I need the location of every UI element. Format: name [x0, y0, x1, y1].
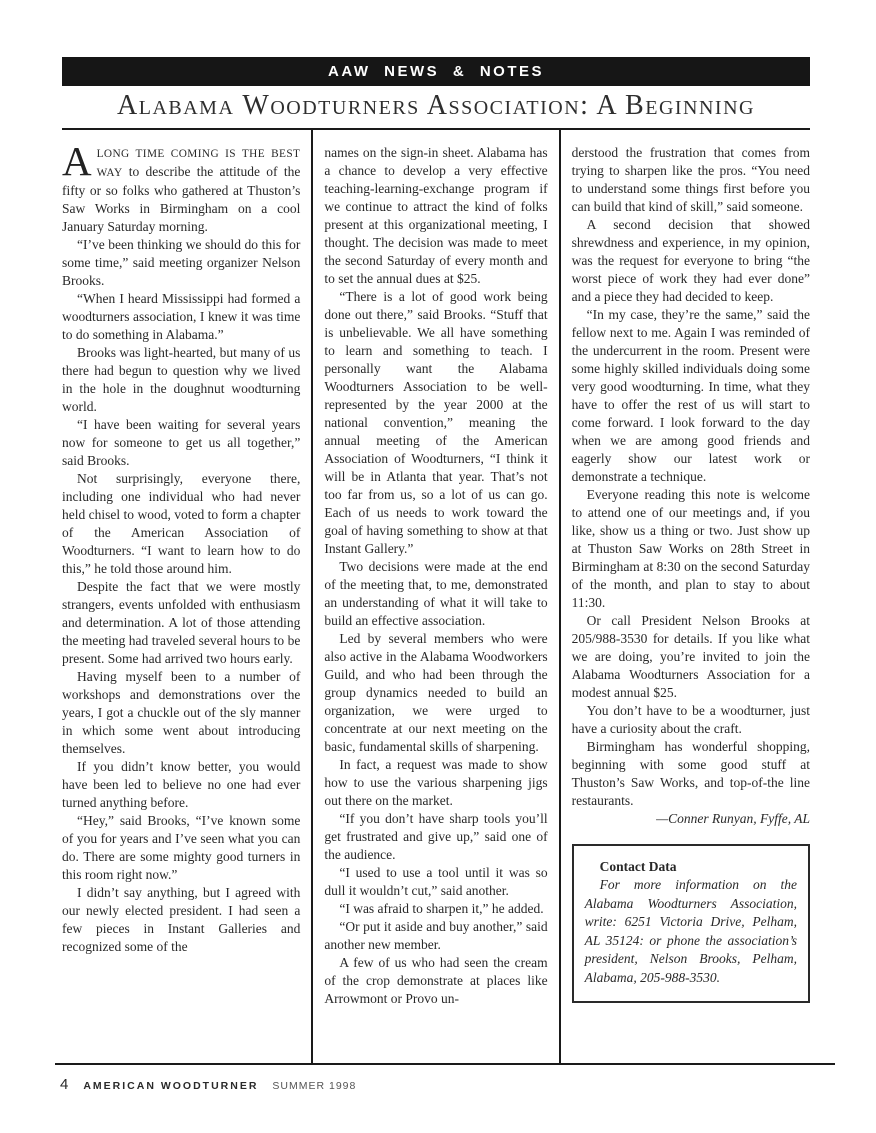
issue-date: SUMMER 1998 — [272, 1080, 356, 1092]
column-1: Along time coming is the best way to des… — [62, 130, 311, 1063]
page-footer: 4 AMERICAN WOODTURNER SUMMER 1998 — [55, 1063, 835, 1093]
column-2: names on the sign-in sheet. Alabama has … — [311, 130, 560, 1063]
paragraph: In fact, a request was made to show how … — [324, 756, 547, 810]
page-number: 4 — [60, 1076, 68, 1093]
article-title: Alabama Woodturners Association: A Begin… — [62, 90, 810, 122]
paragraph: names on the sign-in sheet. Alabama has … — [324, 144, 547, 288]
drop-cap: A — [62, 144, 97, 178]
paragraph: Everyone reading this note is welcome to… — [572, 486, 810, 612]
column-3: derstood the frustration that comes from… — [561, 130, 810, 1063]
paragraph: “If you don’t have sharp tools you’ll ge… — [324, 810, 547, 864]
paragraph: Along time coming is the best way to des… — [62, 144, 300, 236]
paragraph: Birmingham has wonderful shopping, begin… — [572, 738, 810, 810]
paragraph: derstood the frustration that comes from… — [572, 144, 810, 216]
section-banner: AAW NEWS & NOTES — [62, 57, 810, 86]
paragraph: A few of us who had seen the cream of th… — [324, 954, 547, 1008]
paragraph: Brooks was light-hearted, but many of us… — [62, 344, 300, 416]
paragraph: Having myself been to a number of worksh… — [62, 668, 300, 758]
article-columns: Along time coming is the best way to des… — [62, 130, 810, 1063]
paragraph: Not surprisingly, everyone there, includ… — [62, 470, 300, 578]
contact-box-body: For more information on the Alabama Wood… — [585, 876, 797, 988]
paragraph: “Or put it aside and buy another,” said … — [324, 918, 547, 954]
paragraph: “I’ve been thinking we should do this fo… — [62, 236, 300, 290]
paragraph: “Hey,” said Brooks, “I’ve known some of … — [62, 812, 300, 884]
section-banner-text: AAW NEWS & NOTES — [328, 63, 544, 80]
magazine-page: AAW NEWS & NOTES Alabama Woodturners Ass… — [0, 0, 876, 1133]
paragraph: Two decisions were made at the end of th… — [324, 558, 547, 630]
paragraph: “I have been waiting for several years n… — [62, 416, 300, 470]
paragraph: “In my case, they’re the same,” said the… — [572, 306, 810, 486]
contact-box: Contact Data For more information on the… — [572, 844, 810, 1003]
paragraph: If you didn’t know better, you would hav… — [62, 758, 300, 812]
paragraph: “I was afraid to sharpen it,” he added. — [324, 900, 547, 918]
paragraph: “When I heard Mississippi had formed a w… — [62, 290, 300, 344]
paragraph: Despite the fact that we were mostly str… — [62, 578, 300, 668]
paragraph: Or call President Nelson Brooks at 205/9… — [572, 612, 810, 702]
paragraph: You don’t have to be a woodturner, just … — [572, 702, 810, 738]
byline: —Conner Runyan, Fyffe, AL — [572, 810, 810, 828]
magazine-name: AMERICAN WOODTURNER — [83, 1080, 258, 1092]
paragraph: Led by several members who were also act… — [324, 630, 547, 756]
paragraph: “I used to use a tool until it was so du… — [324, 864, 547, 900]
contact-box-heading: Contact Data — [585, 857, 797, 876]
paragraph: I didn’t say anything, but I agreed with… — [62, 884, 300, 956]
paragraph: “There is a lot of good work being done … — [324, 288, 547, 558]
paragraph: A second decision that showed shrewdness… — [572, 216, 810, 306]
